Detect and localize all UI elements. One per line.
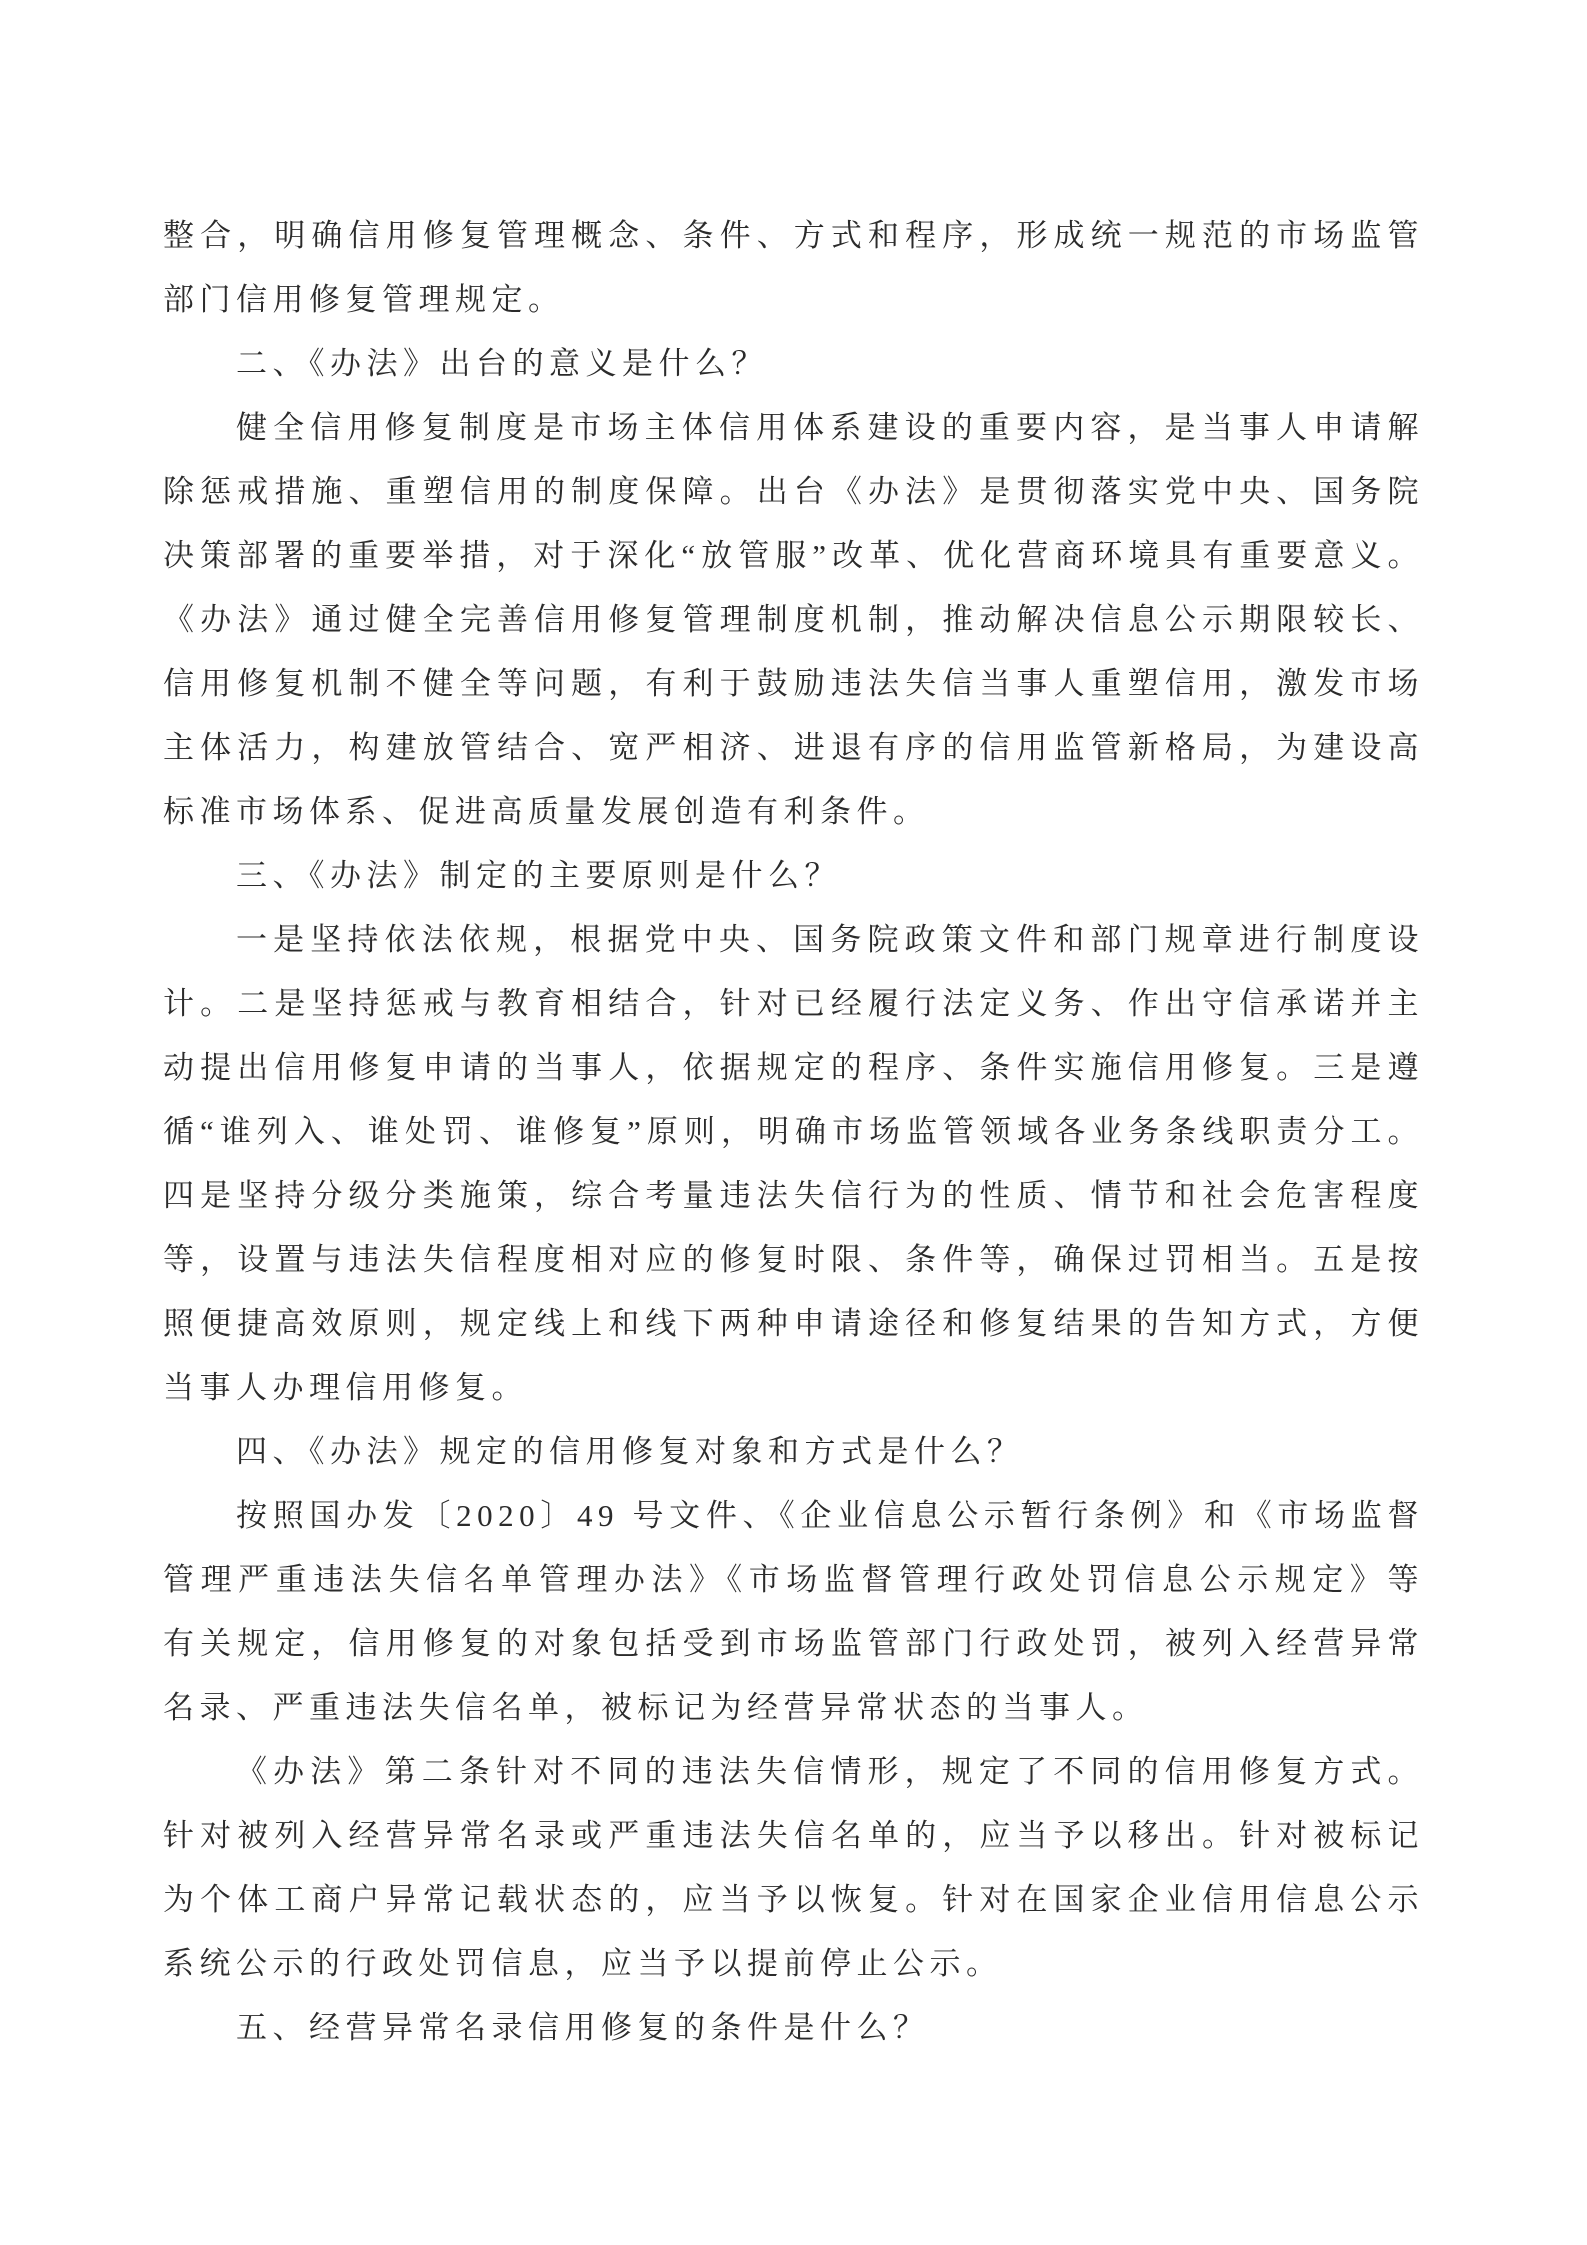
document-body: 整合，明确信用修复管理概念、条件、方式和程序，形成统一规范的市场监管部门信用修复… — [163, 204, 1424, 2060]
question-heading: 四、《办法》规定的信用修复对象和方式是什么？ — [163, 1420, 1424, 1484]
body-paragraph: 整合，明确信用修复管理概念、条件、方式和程序，形成统一规范的市场监管部门信用修复… — [163, 204, 1424, 332]
document-page: 整合，明确信用修复管理概念、条件、方式和程序，形成统一规范的市场监管部门信用修复… — [0, 0, 1587, 2245]
body-paragraph: 一是坚持依法依规，根据党中央、国务院政策文件和部门规章进行制度设计。二是坚持惩戒… — [163, 908, 1424, 1420]
body-paragraph: 《办法》第二条针对不同的违法失信情形，规定了不同的信用修复方式。针对被列入经营异… — [163, 1740, 1424, 1996]
body-paragraph: 按照国办发〔2020〕49 号文件、《企业信息公示暂行条例》和《市场监督管理严重… — [163, 1484, 1424, 1740]
question-heading: 三、《办法》制定的主要原则是什么？ — [163, 844, 1424, 908]
body-paragraph: 健全信用修复制度是市场主体信用体系建设的重要内容，是当事人申请解除惩戒措施、重塑… — [163, 396, 1424, 844]
question-heading: 二、《办法》出台的意义是什么？ — [163, 332, 1424, 396]
question-heading: 五、经营异常名录信用修复的条件是什么？ — [163, 1996, 1424, 2060]
